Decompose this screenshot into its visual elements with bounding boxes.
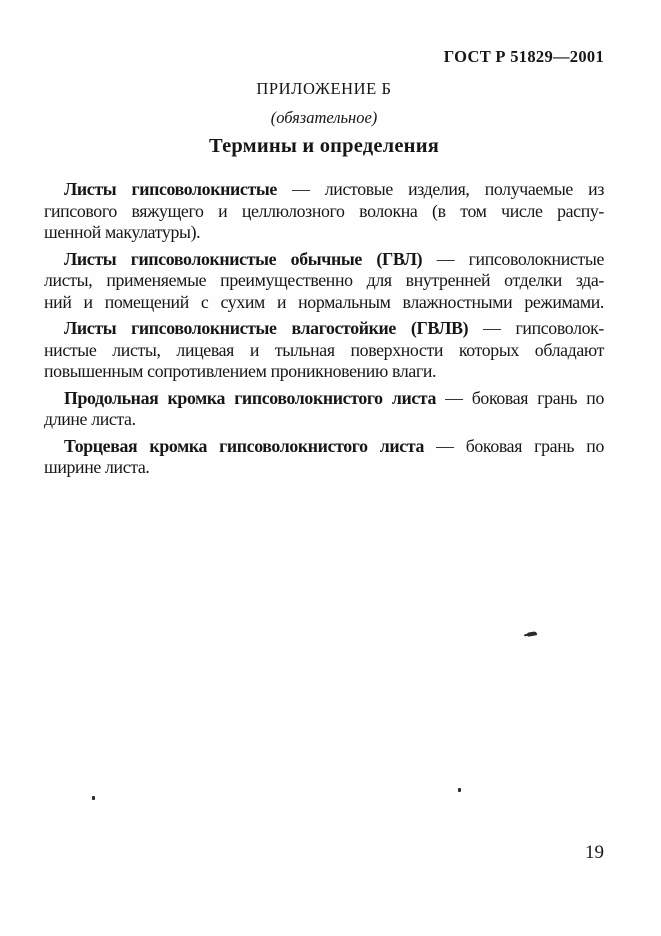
ink-speck (92, 796, 95, 800)
appendix-label: ПРИЛОЖЕНИЕ Б (44, 79, 604, 99)
definition-term: Листы гипсоволокнистые (64, 179, 277, 199)
definition-paragraph: Листы гипсоволокнистые обычные (ГВЛ) — г… (44, 249, 604, 314)
definition-term: Торцевая кромка гипсоволокнистого листа (64, 436, 424, 456)
section-title: Термины и определения (44, 135, 604, 158)
paragraph-line: гипсового вяжущего и целлюлозного волокн… (44, 201, 604, 223)
page-number: 19 (44, 842, 604, 864)
document-page: ГОСТ Р 51829—2001 ПРИЛОЖЕНИЕ Б (обязател… (0, 0, 661, 936)
paragraph-last-line: повышенным сопротивлением проникновению … (44, 361, 604, 383)
paragraph-line: ний и помещений с сухим и нормальным вла… (44, 292, 604, 314)
appendix-type: (обязательное) (44, 108, 604, 128)
paragraph-line: нистые листы, лицевая и тыльная поверхно… (44, 340, 604, 362)
paragraph-first-line: Торцевая кромка гипсоволокнистого листа … (44, 436, 604, 458)
paragraph-last-line: длине листа. (44, 409, 604, 431)
definition-term: Листы гипсоволокнистые влагостойкие (ГВЛ… (64, 318, 468, 338)
definition-text: — листовые изделия, получаемые из (277, 179, 604, 199)
definition-paragraph: Листы гипсоволокнистые влагостойкие (ГВЛ… (44, 318, 604, 383)
paragraph-last-line: шенной макулатуры). (44, 222, 604, 244)
definition-paragraph: Продольная кромка гипсоволокнистого лист… (44, 388, 604, 431)
definition-text: — боковая грань по (436, 388, 604, 408)
paragraph-first-line: Листы гипсоволокнистые влагостойкие (ГВЛ… (44, 318, 604, 340)
definition-paragraph: Листы гипсоволокнистые — листовые издели… (44, 179, 604, 244)
paragraph-first-line: Листы гипсоволокнистые — листовые издели… (44, 179, 604, 201)
definition-paragraph: Торцевая кромка гипсоволокнистого листа … (44, 436, 604, 479)
definitions-body: Листы гипсоволокнистые — листовые издели… (44, 179, 604, 484)
paragraph-first-line: Листы гипсоволокнистые обычные (ГВЛ) — г… (44, 249, 604, 271)
paragraph-first-line: Продольная кромка гипсоволокнистого лист… (44, 388, 604, 410)
definition-text: — гипсоволокнистые (422, 249, 604, 269)
ink-speck (527, 631, 538, 637)
paragraph-line: листы, применяемые преимущественно для в… (44, 270, 604, 292)
paragraph-last-line: ширине листа. (44, 457, 604, 479)
definition-term: Продольная кромка гипсоволокнистого лист… (64, 388, 436, 408)
ink-speck (458, 788, 461, 792)
definition-term: Листы гипсоволокнистые обычные (ГВЛ) (64, 249, 422, 269)
definition-text: — боковая грань по (424, 436, 604, 456)
document-code: ГОСТ Р 51829—2001 (44, 47, 604, 67)
definition-text: — гипсоволок- (468, 318, 604, 338)
